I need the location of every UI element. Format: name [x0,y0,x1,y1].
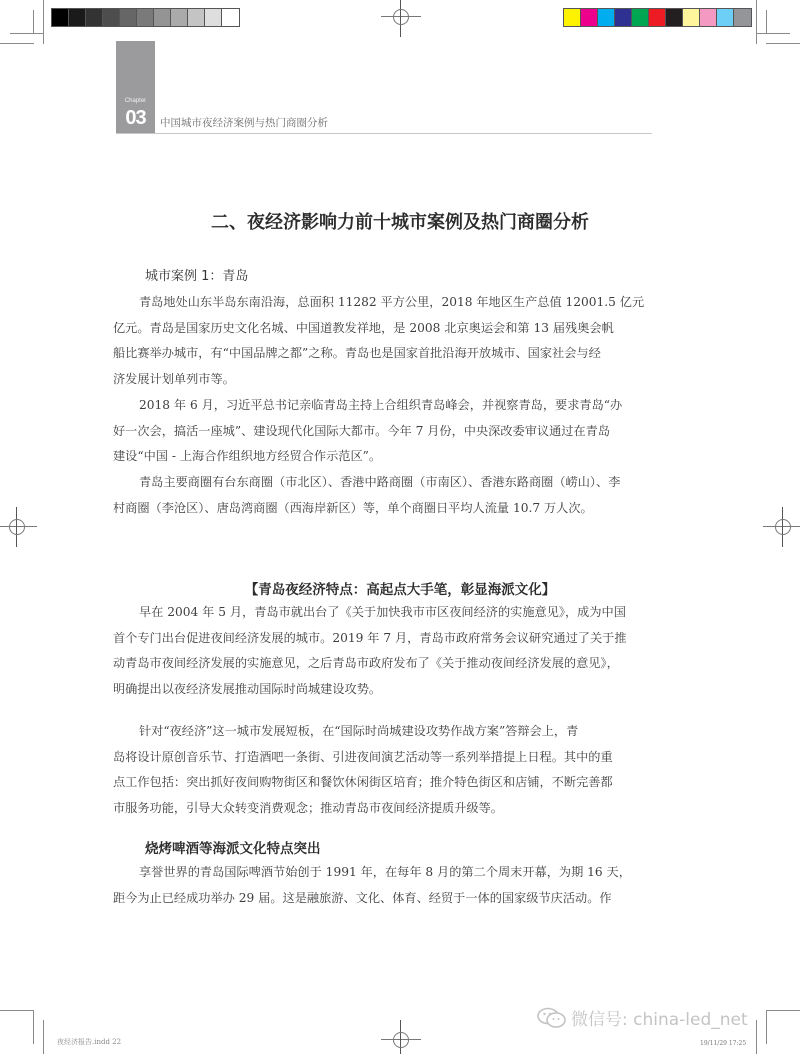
gray-swatch [188,9,205,26]
text-line: 2018 年 6 月，习近平总书记亲临青岛主持上合组织青岛峰会，并视察青岛，要求… [113,393,685,419]
color-swatch [598,9,615,26]
chapter-badge: Chapter 03 [116,41,155,134]
registration-mark-top [381,0,421,37]
wechat-icon [537,1007,567,1029]
gray-swatch [120,9,137,26]
color-swatch [649,9,666,26]
cmyk-color-bar [563,8,752,27]
footer-date-time: 19/11/29 17:25 [700,1040,746,1047]
color-swatch [564,9,581,26]
chapter-label: Chapter [116,98,155,104]
color-swatch [632,9,649,26]
text-line: 距今为止已经成功举办 29 届。这是融旅游、文化、体育、经贸于一体的国家级节庆活… [113,886,685,912]
paragraph-business-districts: 青岛主要商圈有台东商圈（市北区）、香港中路商圈（市南区）、香港东路商圈（崂山）、… [113,470,685,521]
text-line: 明确提出以夜经济发展推动国际时尚城建设攻势。 [113,677,685,703]
text-line: 好一次会，搞活一座城”、建设现代化国际大都市。今年 7 月份，中央深改委审议通过… [113,419,685,445]
color-swatch [666,9,683,26]
registration-mark-bottom [381,1020,421,1054]
text-line: 动青岛市夜间经济发展的实施意见，之后青岛市政府发布了《关于推动夜间经济发展的意见… [113,651,685,677]
text-line: 村商圈（李沧区）、唐岛湾商圈（西海岸新区）等，单个商圈日平均人流量 10.7 万… [113,496,685,522]
text-line: 享誉世界的青岛国际啤酒节始创于 1991 年，在每年 8 月的第二个周末开幕，为… [113,860,685,886]
text-line: 点工作包括：突出抓好夜间购物街区和餐饮休闲街区培育；推介特色街区和店铺，不断完善… [113,770,685,796]
case-title: 城市案例 1：青岛 [145,265,248,284]
paragraph-summit: 2018 年 6 月，习近平总书记亲临青岛主持上合组织青岛峰会，并视察青岛，要求… [113,393,685,470]
gray-swatch [222,9,239,26]
gray-swatch [137,9,154,26]
paragraph-key-measures: 针对“夜经济”这一城市发展短板，在“国际时尚城建设攻势作战方案”答辩会上，青 岛… [113,719,685,821]
running-header-title: 中国城市夜经济案例与热门商圈分析 [160,115,328,130]
gray-swatch [154,9,171,26]
grayscale-color-bar [51,8,240,27]
text-line: 岛将设计原创音乐节、打造酒吧一条街、引进夜间演艺活动等一系列举措提上日程。其中的… [113,745,685,771]
text-line: 青岛主要商圈有台东商圈（市北区）、香港中路商圈（市南区）、香港东路商圈（崂山）、… [113,470,685,496]
footer-file-name: 夜经济报告.indd 22 [57,1037,121,1047]
chapter-number: 03 [116,107,155,129]
text-line: 首个专门出台促进夜间经济发展的城市。2019 年 7 月，青岛市政府常务会议研究… [113,626,685,652]
color-swatch [717,9,734,26]
text-line: 市服务功能，引导大众转变消费观念；推动青岛市夜间经济提质升级等。 [113,796,685,822]
color-swatch [700,9,717,26]
color-swatch [734,9,751,26]
text-line: 亿元。青岛是国家历史文化名城、中国道教发祥地，是 2008 北京奥运会和第 13… [113,316,685,342]
section-title: 二、夜经济影响力前十城市案例及热门商圈分析 [0,208,800,234]
header-divider [116,133,652,134]
gray-swatch [86,9,103,26]
feature-title: 【青岛夜经济特点：高起点大手笔，彰显海派文化】 [0,578,800,598]
text-line: 船比赛举办城市，有“中国品牌之都”之称。青岛也是国家首批沿海开放城市、国家社会与… [113,341,685,367]
sub-title: 烧烤啤酒等海派文化特点突出 [145,837,321,857]
wechat-watermark: 微信号: china-led_net [537,1005,748,1030]
registration-mark-left [0,507,37,547]
text-line: 济发展计划单列市等。 [113,367,685,393]
gray-swatch [69,9,86,26]
paragraph-intro: 青岛地处山东半岛东南沿海，总面积 11282 平方公里，2018 年地区生产总值… [113,290,685,392]
text-line: 青岛地处山东半岛东南沿海，总面积 11282 平方公里，2018 年地区生产总值… [113,290,685,316]
gray-swatch [205,9,222,26]
text-line: 针对“夜经济”这一城市发展短板，在“国际时尚城建设攻势作战方案”答辩会上，青 [113,719,685,745]
registration-mark-right [763,507,800,547]
text-line: 早在 2004 年 5 月，青岛市就出台了《关于加快我市市区夜间经济的实施意见》… [113,600,685,626]
paragraph-beer-festival: 享誉世界的青岛国际啤酒节始创于 1991 年，在每年 8 月的第二个周末开幕，为… [113,860,685,911]
watermark-text: 微信号: china-led_net [571,1005,748,1030]
color-swatch [683,9,700,26]
color-swatch [581,9,598,26]
gray-swatch [103,9,120,26]
text-line: 建设“中国 - 上海合作组织地方经贸合作示范区”。 [113,444,685,470]
paragraph-policy-history: 早在 2004 年 5 月，青岛市就出台了《关于加快我市市区夜间经济的实施意见》… [113,600,685,702]
gray-swatch [52,9,69,26]
color-swatch [615,9,632,26]
gray-swatch [171,9,188,26]
